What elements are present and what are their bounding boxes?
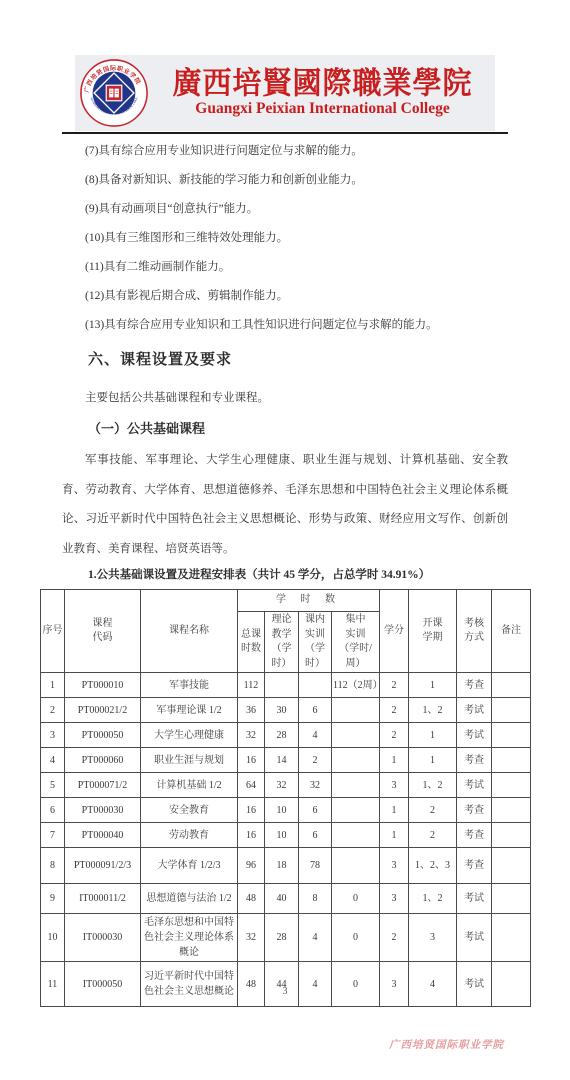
course-table-wrap: 序号 课程 代码 课程名称 学 时 数 学分 开课 学期 考核 方式 备注 总课… (40, 589, 530, 1007)
table-cell: 1、2 (409, 773, 457, 798)
table-cell: 16 (238, 748, 265, 773)
table-cell: 2 (380, 673, 409, 698)
table-cell: 考试 (457, 723, 492, 748)
college-header: 广西培贤国际职业学院 GUANGXI PEIXIAN INTERNATIONAL… (75, 55, 495, 131)
table-cell: 7 (41, 823, 65, 848)
table-row: 5PT000071/2计算机基础 1/264323231、2考试 (41, 773, 531, 798)
header-remarks: 备注 (492, 590, 531, 673)
table-cell: PT000050 (65, 723, 141, 748)
table-row: 4PT000060职业生涯与规划1614211考查 (41, 748, 531, 773)
table-cell: 大学生心理健康 (141, 723, 238, 748)
ability-item: (13)具有综合应用专业知识和工具性知识进行问题定位与求解的能力。 (62, 311, 508, 340)
table-cell: 1、2 (409, 884, 457, 914)
table-cell: 1 (380, 798, 409, 823)
table-cell: 考查 (457, 848, 492, 884)
table-cell: 32 (238, 914, 265, 962)
table-row: 9IT000011/2思想道德与法治 1/248408031、2考试 (41, 884, 531, 914)
table-cell: 考查 (457, 798, 492, 823)
table-cell: 18 (265, 848, 299, 884)
table-cell (332, 848, 380, 884)
table-cell: 0 (332, 884, 380, 914)
header-theory-hours: 理论 教学 （学 时） (265, 612, 299, 673)
table-cell: 112（2周） (332, 673, 380, 698)
table-row: 6PT000030安全教育1610612考查 (41, 798, 531, 823)
table-cell: 32 (238, 723, 265, 748)
table-cell (492, 848, 531, 884)
table-cell (492, 748, 531, 773)
table-row: 8PT000091/2/3大学体育 1/2/396187831、2、3考查 (41, 848, 531, 884)
table-cell: 劳动教育 (141, 823, 238, 848)
table-cell: 2 (380, 698, 409, 723)
table-cell: 32 (265, 773, 299, 798)
table-cell: 2 (380, 723, 409, 748)
table-cell: 考试 (457, 884, 492, 914)
table-cell (492, 673, 531, 698)
table-cell: 1 (409, 748, 457, 773)
table-cell: PT000030 (65, 798, 141, 823)
table-cell: IT000050 (65, 962, 141, 1007)
table-cell: 职业生涯与规划 (141, 748, 238, 773)
ability-item: (9)具有动画项目“创意执行”能力。 (62, 195, 508, 224)
table-cell (492, 773, 531, 798)
course-table: 序号 课程 代码 课程名称 学 时 数 学分 开课 学期 考核 方式 备注 总课… (40, 589, 531, 1007)
table-cell (492, 723, 531, 748)
table-cell: 2 (409, 798, 457, 823)
table-cell (492, 698, 531, 723)
table-cell: 1 (409, 673, 457, 698)
table-cell: 4 (41, 748, 65, 773)
section-intro: 主要包括公共基础课程和专业课程。 (62, 389, 508, 405)
table-cell: PT000060 (65, 748, 141, 773)
table-title: 1.公共基础课设置及进程安排表（共计 45 学分，占总学时 34.91%） (88, 566, 430, 582)
header-inclass-training: 课内 实训 （学 时） (299, 612, 332, 673)
table-cell: 1 (41, 673, 65, 698)
table-cell: 64 (238, 773, 265, 798)
table-cell: 军事技能 (141, 673, 238, 698)
table-cell: 习近平新时代中国特色社会主义思想概论 (141, 962, 238, 1007)
table-cell: 考查 (457, 748, 492, 773)
table-cell: 思想道德与法治 1/2 (141, 884, 238, 914)
ability-item: (12)具有影视后期合成、剪辑制作能力。 (62, 282, 508, 311)
table-cell: 32 (299, 773, 332, 798)
table-cell (492, 823, 531, 848)
table-row: 2PT000021/2军事理论课 1/23630621、2考试 (41, 698, 531, 723)
ability-item: (10)具有三维图形和三维特效处理能力。 (62, 224, 508, 253)
table-cell: 考试 (457, 698, 492, 723)
table-cell: 36 (238, 698, 265, 723)
table-cell: 1 (409, 723, 457, 748)
table-row: 10IT000030毛泽东思想和中国特色社会主义理论体系概论32284023考试 (41, 914, 531, 962)
ability-item: (7)具有综合应用专业知识进行问题定位与求解的能力。 (62, 137, 508, 166)
table-cell: 6 (299, 823, 332, 848)
table-cell: 3 (380, 773, 409, 798)
table-cell: 4 (299, 914, 332, 962)
table-cell: 3 (380, 962, 409, 1007)
course-table-header: 序号 课程 代码 课程名称 学 时 数 学分 开课 学期 考核 方式 备注 总课… (41, 590, 531, 673)
header-total-hours: 总课 时数 (238, 612, 265, 673)
table-cell: 考试 (457, 962, 492, 1007)
table-cell: 0 (332, 914, 380, 962)
table-cell: 2 (299, 748, 332, 773)
table-cell: IT000011/2 (65, 884, 141, 914)
header-code: 课程 代码 (65, 590, 141, 673)
college-logo: 广西培贤国际职业学院 GUANGXI PEIXIAN INTERNATIONAL… (78, 58, 150, 128)
table-cell: 8 (41, 848, 65, 884)
table-cell: PT000040 (65, 823, 141, 848)
college-seal-icon: 广西培贤国际职业学院 GUANGXI PEIXIAN INTERNATIONAL… (79, 58, 149, 128)
table-cell: PT000071/2 (65, 773, 141, 798)
header-index: 序号 (41, 590, 65, 673)
table-cell: 48 (238, 884, 265, 914)
header-concentrated-training: 集中 实训 （学时/ 周） (332, 612, 380, 673)
table-cell: 6 (299, 798, 332, 823)
subsection-heading: （一）公共基础课程 (88, 418, 205, 437)
table-cell: PT000091/2/3 (65, 848, 141, 884)
table-cell: 考查 (457, 823, 492, 848)
table-cell: 计算机基础 1/2 (141, 773, 238, 798)
table-cell: 9 (41, 884, 65, 914)
table-cell: 4 (299, 962, 332, 1007)
page-number: 3 (0, 986, 570, 997)
table-cell (332, 823, 380, 848)
table-cell: 96 (238, 848, 265, 884)
header-hours-group: 学 时 数 (238, 590, 380, 612)
table-cell: 28 (265, 914, 299, 962)
header-name: 课程名称 (141, 590, 238, 673)
course-table-body: 1PT000010军事技能112112（2周）21考查2PT000021/2军事… (41, 673, 531, 1007)
table-cell: 毛泽东思想和中国特色社会主义理论体系概论 (141, 914, 238, 962)
document-page: 广西培贤国际职业学院 GUANGXI PEIXIAN INTERNATIONAL… (0, 0, 570, 1080)
table-cell: 11 (41, 962, 65, 1007)
table-cell: 3 (41, 723, 65, 748)
table-cell: 40 (265, 884, 299, 914)
ability-item: (11)具有二维动画制作能力。 (62, 253, 508, 282)
table-cell: 48 (238, 962, 265, 1007)
table-cell: 10 (265, 798, 299, 823)
header-credits: 学分 (380, 590, 409, 673)
table-cell (332, 773, 380, 798)
table-cell: 考试 (457, 773, 492, 798)
table-cell: 8 (299, 884, 332, 914)
table-cell: 1 (380, 748, 409, 773)
table-cell: 3 (409, 914, 457, 962)
table-cell: 44 (265, 962, 299, 1007)
table-cell: 4 (299, 723, 332, 748)
table-cell: 10 (265, 823, 299, 848)
course-list-paragraph: 军事技能、军事理论、大学生心理健康、职业生涯与规划、计算机基础、安全教育、劳动教… (62, 446, 508, 564)
table-cell (332, 723, 380, 748)
table-cell: 1、2 (409, 698, 457, 723)
college-name-zh: 廣西培賢國際職業學院 (172, 68, 472, 100)
table-cell: 6 (299, 698, 332, 723)
table-cell (332, 698, 380, 723)
table-cell: 3 (380, 848, 409, 884)
table-cell: IT000030 (65, 914, 141, 962)
table-cell: 2 (409, 823, 457, 848)
table-cell: 1、2、3 (409, 848, 457, 884)
table-row: 3PT000050大学生心理健康3228421考试 (41, 723, 531, 748)
header-semester: 开课 学期 (409, 590, 457, 673)
table-cell: 军事理论课 1/2 (141, 698, 238, 723)
header-assessment: 考核 方式 (457, 590, 492, 673)
table-cell (492, 884, 531, 914)
footer-watermark: 广西培贤国际职业学院 (389, 1037, 504, 1052)
table-cell: 16 (238, 823, 265, 848)
ability-list: (7)具有综合应用专业知识进行问题定位与求解的能力。(8)具备对新知识、新技能的… (62, 137, 508, 340)
table-cell (492, 962, 531, 1007)
section-heading: 六、课程设置及要求 (88, 348, 232, 369)
table-cell: PT000010 (65, 673, 141, 698)
college-title-block: 廣西培賢國際職業學院 Guangxi Peixian International… (150, 69, 495, 118)
table-cell: 112 (238, 673, 265, 698)
table-cell: 3 (380, 884, 409, 914)
table-cell: 10 (41, 914, 65, 962)
table-cell (332, 798, 380, 823)
college-name-en: Guangxi Peixian International College (195, 101, 449, 117)
ability-item: (8)具备对新知识、新技能的学习能力和创新创业能力。 (62, 166, 508, 195)
table-cell: 1 (380, 823, 409, 848)
table-cell: 14 (265, 748, 299, 773)
table-cell: 16 (238, 798, 265, 823)
table-cell: PT000021/2 (65, 698, 141, 723)
table-row: 7PT000040劳动教育1610612考查 (41, 823, 531, 848)
table-cell (492, 914, 531, 962)
table-cell: 2 (41, 698, 65, 723)
table-cell: 0 (332, 962, 380, 1007)
table-cell: 2 (380, 914, 409, 962)
table-cell: 安全教育 (141, 798, 238, 823)
table-cell: 大学体育 1/2/3 (141, 848, 238, 884)
table-cell: 考查 (457, 673, 492, 698)
table-cell: 考试 (457, 914, 492, 962)
table-cell: 28 (265, 723, 299, 748)
table-cell (492, 798, 531, 823)
table-cell: 30 (265, 698, 299, 723)
table-cell: 6 (41, 798, 65, 823)
table-cell (299, 673, 332, 698)
table-cell (332, 748, 380, 773)
table-row: 1PT000010军事技能112112（2周）21考查 (41, 673, 531, 698)
table-cell: 4 (409, 962, 457, 1007)
table-cell: 5 (41, 773, 65, 798)
table-row: 11IT000050习近平新时代中国特色社会主义思想概论48444034考试 (41, 962, 531, 1007)
table-cell (265, 673, 299, 698)
table-cell: 78 (299, 848, 332, 884)
header-divider (62, 132, 508, 134)
